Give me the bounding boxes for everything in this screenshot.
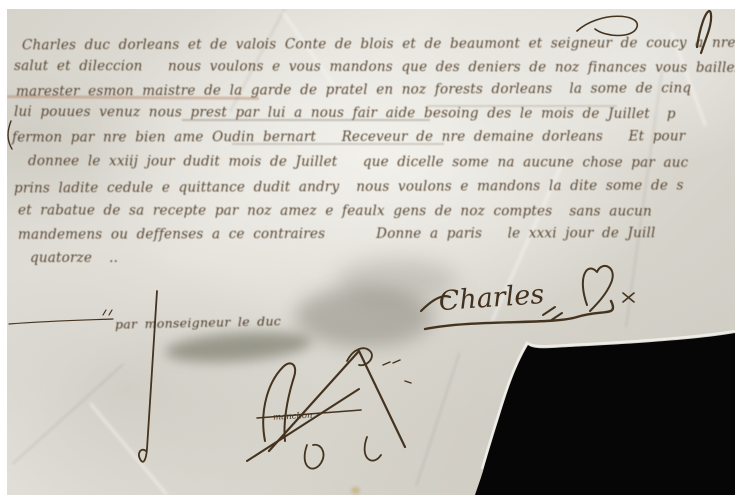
ascender-top-right xyxy=(697,11,711,53)
page-background: Charles duc dorleans et de valois Conte … xyxy=(0,0,740,500)
manuscript-photo: Charles duc dorleans et de valois Conte … xyxy=(7,9,735,495)
signature-heart-flourish xyxy=(583,266,613,311)
horizontal-pen-line xyxy=(9,310,113,324)
marginal-mark xyxy=(8,121,12,149)
flourish-top-right xyxy=(577,16,637,35)
svg-text:manchon: manchon xyxy=(273,411,313,423)
charles-signature: Charles xyxy=(421,266,634,329)
parchment-cut-black-region xyxy=(475,333,735,495)
vertical-pen-slash xyxy=(139,291,157,462)
svg-text:Charles: Charles xyxy=(438,279,545,317)
secretary-paraph: manchon xyxy=(247,348,411,468)
signature-star-mark xyxy=(623,293,634,302)
pen-strokes-overlay: Charles manchon xyxy=(7,9,735,495)
